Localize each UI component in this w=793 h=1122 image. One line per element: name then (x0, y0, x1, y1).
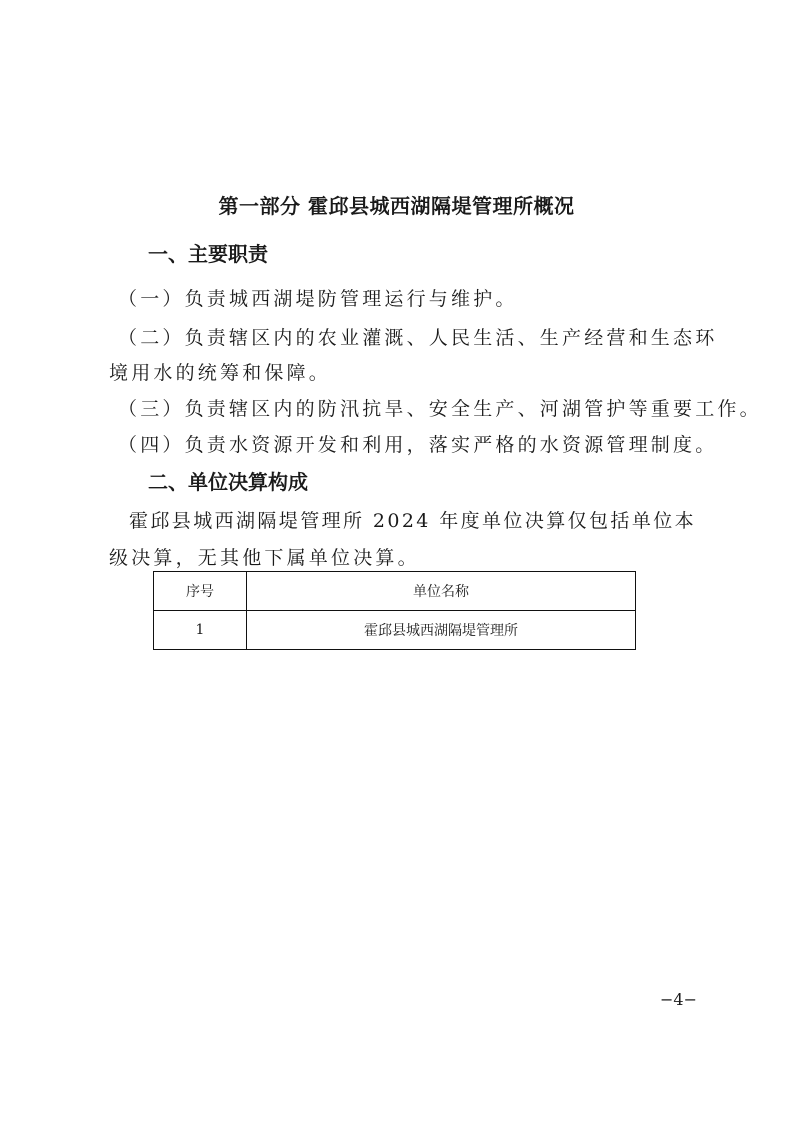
cell-unit-name: 霍邱县城西湖隔堤管理所 (247, 611, 636, 650)
document-page: 第一部分 霍邱县城西湖隔堤管理所概况 一、主要职责 （一）负责城西湖堤防管理运行… (0, 0, 793, 1122)
unit-table: 序号 单位名称 1 霍邱县城西湖隔堤管理所 (153, 571, 636, 650)
column-header-unit-name: 单位名称 (247, 572, 636, 611)
duty-item-2-cont: 境用水的统筹和保障。 (109, 358, 689, 385)
table-header-row: 序号 单位名称 (154, 572, 636, 611)
section-heading-composition: 二、单位决算构成 (148, 466, 308, 495)
document-title: 第一部分 霍邱县城西湖隔堤管理所概况 (0, 190, 793, 219)
section-heading-duties: 一、主要职责 (148, 238, 268, 267)
duty-item-1: （一）负责城西湖堤防管理运行与维护。 (118, 284, 698, 311)
composition-paragraph-line1: 霍邱县城西湖隔堤管理所 2024 年度单位决算仅包括单位本 (129, 506, 709, 533)
table-row: 1 霍邱县城西湖隔堤管理所 (154, 611, 636, 650)
column-header-index: 序号 (154, 572, 247, 611)
duty-item-3: （三）负责辖区内的防汛抗旱、安全生产、河湖管护等重要工作。 (118, 394, 698, 421)
cell-index: 1 (154, 611, 247, 650)
duty-item-2: （二）负责辖区内的农业灌溉、人民生活、生产经营和生态环 (118, 323, 698, 350)
page-number: −4− (660, 990, 697, 1009)
composition-paragraph-line2: 级决算，无其他下属单位决算。 (109, 543, 689, 570)
duty-item-4: （四）负责水资源开发和利用，落实严格的水资源管理制度。 (118, 430, 698, 457)
